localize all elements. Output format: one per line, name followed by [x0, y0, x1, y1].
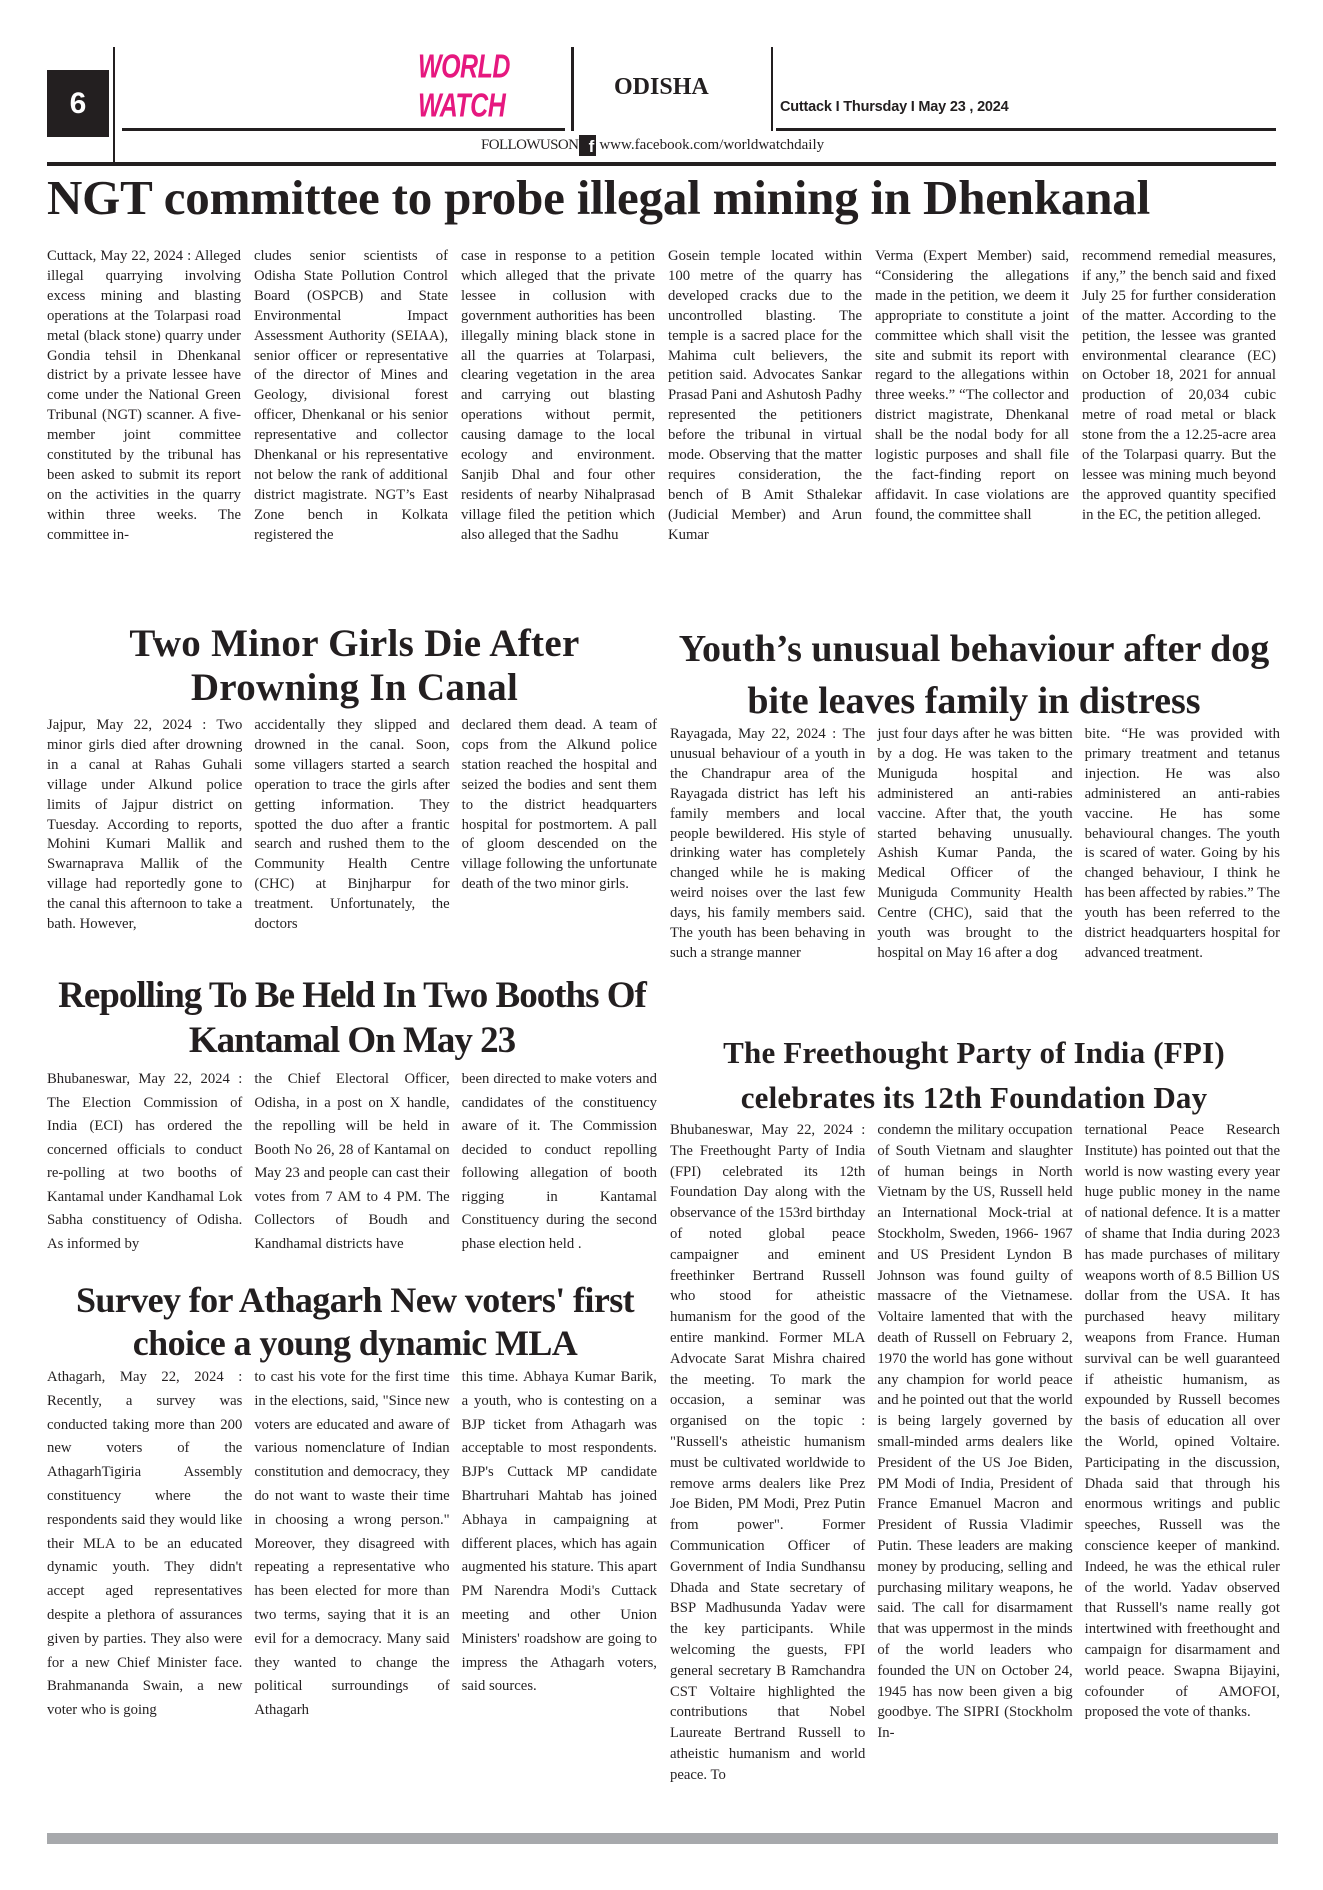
- article-column: cludes senior scientists of Odisha State…: [254, 247, 448, 546]
- article-column: condemn the military occupation of South…: [877, 1120, 1072, 1786]
- article-column: been directed to make voters and candida…: [462, 1068, 657, 1256]
- article-column: accidentally they slipped and drowned in…: [254, 716, 449, 935]
- headline-ngt: NGT committee to probe illegal mining in…: [47, 172, 1276, 223]
- article-body-ngt: Cuttack, May 22, 2024 : Alleged illegal …: [47, 247, 1276, 546]
- article-body-fpi: Bhubaneswar, May 22, 2024 : The Freethou…: [670, 1120, 1280, 1786]
- section-title: ODISHA: [614, 74, 709, 101]
- article-column: ternational Peace Research Institute) ha…: [1085, 1120, 1280, 1786]
- masthead-bottom-rule: [47, 162, 1276, 166]
- headline-repolling: Repolling To Be Held In Two Booths Of Ka…: [47, 973, 657, 1063]
- article-body-repolling: Bhubaneswar, May 22, 2024 : The Election…: [47, 1068, 657, 1256]
- footer-rule: [47, 1833, 1278, 1844]
- article-column: Athagarh, May 22, 2024 : Recently, a sur…: [47, 1366, 242, 1723]
- world-watch-logo: WORLD WATCH: [418, 42, 570, 126]
- facebook-icon: f: [579, 135, 596, 156]
- article-column: recommend remedial measures, if any,” th…: [1082, 247, 1276, 546]
- article-column: Verma (Expert Member) said, “Considering…: [875, 247, 1069, 546]
- article-column: to cast his vote for the first time in t…: [254, 1366, 449, 1723]
- article-column: Jajpur, May 22, 2024 : Two minor girls d…: [47, 716, 242, 935]
- headline-youth-dog-bite: Youth’s unusual behaviour after dog bite…: [668, 623, 1280, 727]
- page-number: 6: [47, 70, 109, 137]
- article-column: Cuttack, May 22, 2024 : Alleged illegal …: [47, 247, 241, 546]
- masthead-divider-right: [771, 47, 773, 131]
- follow-us-bar: FOLLOWUSON f www.facebook.com/worldwatch…: [481, 135, 824, 156]
- article-column: case in response to a petition which all…: [461, 247, 655, 546]
- masthead-divider-mid: [571, 47, 574, 131]
- article-column: bite. “He was provided with primary trea…: [1085, 725, 1280, 964]
- article-column: declared them dead. A team of cops from …: [462, 716, 657, 935]
- masthead-divider-left: [113, 47, 115, 165]
- article-column: Gosein temple located within 100 metre o…: [668, 247, 862, 546]
- headline-minor-girls: Two Minor Girls Die After Drowning In Ca…: [52, 622, 657, 710]
- facebook-url[interactable]: www.facebook.com/worldwatchdaily: [599, 137, 824, 154]
- article-body-youth-dog-bite: Rayagada, May 22, 2024 : The unusual beh…: [670, 725, 1280, 964]
- article-column: the Chief Electoral Officer, Odisha, in …: [254, 1068, 449, 1256]
- headline-fpi: The Freethought Party of India (FPI) cel…: [668, 1030, 1280, 1120]
- masthead-rule-left: [122, 128, 565, 131]
- masthead-rule-right: [776, 128, 1276, 131]
- follow-us-label: FOLLOWUSON: [481, 137, 578, 154]
- article-column: Rayagada, May 22, 2024 : The unusual beh…: [670, 725, 865, 964]
- article-column: just four days after he was bitten by a …: [877, 725, 1072, 964]
- article-body-athagarh: Athagarh, May 22, 2024 : Recently, a sur…: [47, 1366, 657, 1723]
- dateline: Cuttack I Thursday I May 23 , 2024: [780, 99, 1009, 115]
- article-body-minor-girls: Jajpur, May 22, 2024 : Two minor girls d…: [47, 716, 657, 935]
- article-column: this time. Abhaya Kumar Barik, a youth, …: [462, 1366, 657, 1723]
- article-column: Bhubaneswar, May 22, 2024 : The Election…: [47, 1068, 242, 1256]
- article-column: Bhubaneswar, May 22, 2024 : The Freethou…: [670, 1120, 865, 1786]
- headline-athagarh: Survey for Athagarh New voters' first ch…: [55, 1279, 655, 1365]
